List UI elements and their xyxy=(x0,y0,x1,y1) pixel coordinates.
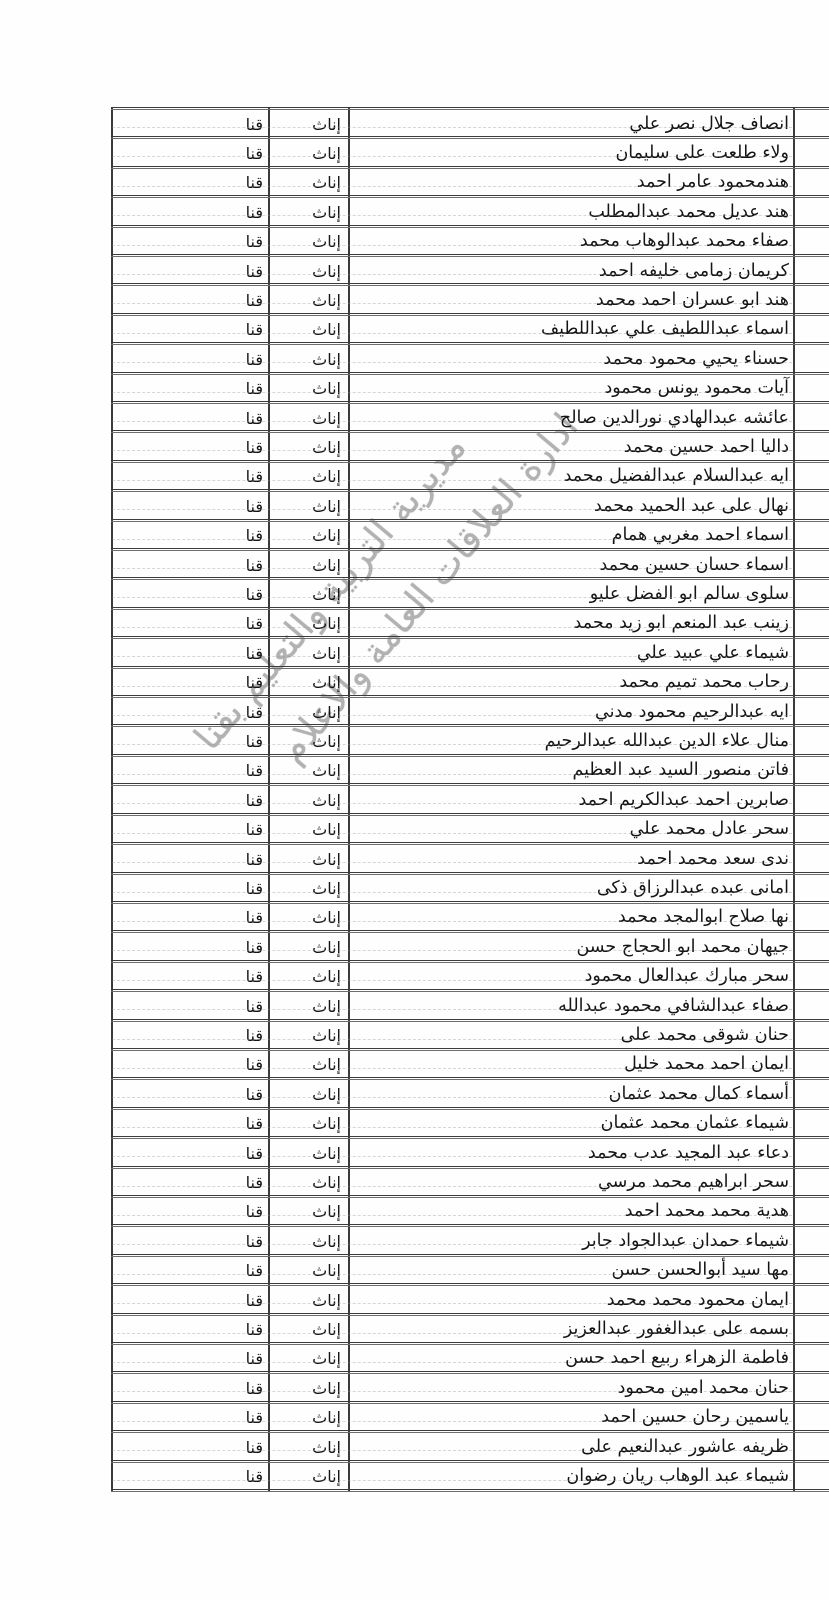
table-row: صابرين احمد عبدالكريم احمدإناثقنا xyxy=(111,786,793,815)
table-row: اسماء حسان حسين محمدإناثقنا xyxy=(111,551,793,580)
table-row: ايمان احمد محمد خليلإناثقنا xyxy=(111,1050,793,1079)
scan-artifact-line xyxy=(112,950,792,951)
scan-artifact-line xyxy=(112,333,792,334)
scan-artifact-line xyxy=(112,1274,792,1275)
name-cell: ايمان احمد محمد خليل xyxy=(348,1050,793,1079)
scan-artifact-line xyxy=(112,1421,792,1422)
name-cell: عائشه عبدالهادي نورالدين صالح xyxy=(348,404,793,433)
name-cell: سحر عادل محمد علي xyxy=(348,815,793,844)
region-cell: قنا xyxy=(111,698,268,727)
table-row: انصاف جلال نصر عليإناثقنا xyxy=(111,110,793,139)
scan-artifact-line xyxy=(112,186,792,187)
table-row: داليا احمد حسين محمدإناثقنا xyxy=(111,433,793,462)
gender-cell: إناث xyxy=(268,1021,348,1050)
region-cell: قنا xyxy=(111,257,268,286)
gender-cell: إناث xyxy=(268,609,348,638)
table-row: سحر مبارك عبدالعال محمودإناثقنا xyxy=(111,962,793,991)
scan-artifact-line xyxy=(112,686,792,687)
scan-artifact-line xyxy=(112,480,792,481)
gender-cell: إناث xyxy=(268,815,348,844)
gender-cell: إناث xyxy=(268,462,348,491)
region-cell: قنا xyxy=(111,227,268,256)
region-cell: قنا xyxy=(111,551,268,580)
name-cell: صفاء عبدالشافي محمود عبدالله xyxy=(348,992,793,1021)
name-cell: فاطمة الزهراء ربيع احمد حسن xyxy=(348,1344,793,1373)
scan-artifact-line xyxy=(112,1215,792,1216)
table-row: فاطمة الزهراء ربيع احمد حسنإناثقنا xyxy=(111,1344,793,1373)
region-cell: قنا xyxy=(111,139,268,168)
region-cell: قنا xyxy=(111,1080,268,1109)
scan-artifact-line xyxy=(112,362,792,363)
name-cell: شيماء علي عبيد علي xyxy=(348,639,793,668)
gender-cell: إناث xyxy=(268,962,348,991)
gender-cell: إناث xyxy=(268,1256,348,1285)
scan-artifact-line xyxy=(112,774,792,775)
scan-artifact-line xyxy=(112,921,792,922)
gender-cell: إناث xyxy=(268,933,348,962)
name-cell: امانى عبده عبدالرزاق ذكى xyxy=(348,874,793,903)
table-row: زينب عبد المنعم ابو زيد محمدإناثقنا xyxy=(111,609,793,638)
name-cell: سحر مبارك عبدالعال محمود xyxy=(348,962,793,991)
gender-cell: إناث xyxy=(268,1197,348,1226)
gender-cell: إناث xyxy=(268,433,348,462)
name-cell: هدية محمد محمد احمد xyxy=(348,1197,793,1226)
table-row: ندى سعد محمد احمدإناثقنا xyxy=(111,845,793,874)
region-cell: قنا xyxy=(111,492,268,521)
region-cell: قنا xyxy=(111,639,268,668)
region-cell: قنا xyxy=(111,286,268,315)
scan-artifact-line xyxy=(112,656,792,657)
region-cell: قنا xyxy=(111,668,268,697)
gender-cell: إناث xyxy=(268,168,348,197)
name-cell: شيماء حمدان عبدالجواد جابر xyxy=(348,1227,793,1256)
gender-cell: إناث xyxy=(268,580,348,609)
gender-cell: إناث xyxy=(268,404,348,433)
name-cell: دعاء عبد المجيد عدب محمد xyxy=(348,1139,793,1168)
name-cell: هندمحمود عامر احمد xyxy=(348,168,793,197)
gender-cell: إناث xyxy=(268,492,348,521)
gender-cell: إناث xyxy=(268,903,348,932)
scan-artifact-line xyxy=(112,744,792,745)
table-row: جيهان محمد ابو الحجاج حسنإناثقنا xyxy=(111,933,793,962)
table-row: شيماء عثمان محمد عثمانإناثقنا xyxy=(111,1109,793,1138)
region-cell: قنا xyxy=(111,168,268,197)
region-cell: قنا xyxy=(111,374,268,403)
scan-artifact-line xyxy=(112,450,792,451)
name-cell: كريمان زمامى خليفه احمد xyxy=(348,257,793,286)
gender-cell: إناث xyxy=(268,1109,348,1138)
scan-artifact-line xyxy=(112,1480,792,1481)
region-cell: قنا xyxy=(111,903,268,932)
name-cell: شيماء عبد الوهاب ريان رضوان xyxy=(348,1462,793,1491)
name-cell: نها صلاح ابوالمجد محمد xyxy=(348,903,793,932)
table-row: ياسمين رحان حسين احمدإناثقنا xyxy=(111,1403,793,1432)
gender-cell: إناث xyxy=(268,1168,348,1197)
gender-cell: إناث xyxy=(268,727,348,756)
name-cell: حنان شوقى محمد على xyxy=(348,1021,793,1050)
gender-cell: إناث xyxy=(268,286,348,315)
name-cell: منال علاء الدين عبدالله عبدالرحيم xyxy=(348,727,793,756)
name-cell: ولاء طلعت على سليمان xyxy=(348,139,793,168)
table-row: دعاء عبد المجيد عدب محمدإناثقنا xyxy=(111,1139,793,1168)
region-cell: قنا xyxy=(111,1403,268,1432)
name-cell: صابرين احمد عبدالكريم احمد xyxy=(348,786,793,815)
region-cell: قنا xyxy=(111,1021,268,1050)
name-cell: آيات محمود يونس محمود xyxy=(348,374,793,403)
table-row: ايه عبدالرحيم محمود مدنيإناثقنا xyxy=(111,698,793,727)
gender-cell: إناث xyxy=(268,551,348,580)
region-cell: قنا xyxy=(111,609,268,638)
table-row: امانى عبده عبدالرزاق ذكىإناثقنا xyxy=(111,874,793,903)
region-cell: قنا xyxy=(111,727,268,756)
region-cell: قنا xyxy=(111,815,268,844)
scan-artifact-line xyxy=(112,1009,792,1010)
name-cell: هند عديل محمد عبدالمطلب xyxy=(348,198,793,227)
name-cell: داليا احمد حسين محمد xyxy=(348,433,793,462)
table-row: سحر عادل محمد عليإناثقنا xyxy=(111,815,793,844)
scan-artifact-line xyxy=(112,892,792,893)
gender-cell: إناث xyxy=(268,668,348,697)
region-cell: قنا xyxy=(111,404,268,433)
region-cell: قنا xyxy=(111,756,268,785)
scan-artifact-line xyxy=(112,1362,792,1363)
scan-artifact-line xyxy=(112,1303,792,1304)
name-cell: انصاف جلال نصر علي xyxy=(348,110,793,139)
region-cell: قنا xyxy=(111,1227,268,1256)
name-cell: مها سيد أبوالحسن حسن xyxy=(348,1256,793,1285)
name-cell: رحاب محمد تميم محمد xyxy=(348,668,793,697)
region-cell: قنا xyxy=(111,110,268,139)
name-cell: اسماء حسان حسين محمد xyxy=(348,551,793,580)
region-cell: قنا xyxy=(111,345,268,374)
gender-cell: إناث xyxy=(268,1050,348,1079)
scan-artifact-line xyxy=(112,1127,792,1128)
gender-cell: إناث xyxy=(268,845,348,874)
roster-table: انصاف جلال نصر عليإناثقناولاء طلعت على س… xyxy=(0,0,829,1600)
scan-artifact-line xyxy=(112,509,792,510)
name-cell: شيماء عثمان محمد عثمان xyxy=(348,1109,793,1138)
gender-cell: إناث xyxy=(268,992,348,1021)
table-row: هندمحمود عامر احمدإناثقنا xyxy=(111,168,793,197)
region-cell: قنا xyxy=(111,198,268,227)
table-row: كريمان زمامى خليفه احمدإناثقنا xyxy=(111,257,793,286)
table-row: بسمه على عبدالغفور عبدالعزيزإناثقنا xyxy=(111,1315,793,1344)
table-row: شيماء علي عبيد عليإناثقنا xyxy=(111,639,793,668)
region-cell: قنا xyxy=(111,1197,268,1226)
gender-cell: إناث xyxy=(268,257,348,286)
name-cell: ظريفه عاشور عبدالنعيم على xyxy=(348,1433,793,1462)
table-row: ولاء طلعت على سليمانإناثقنا xyxy=(111,139,793,168)
region-cell: قنا xyxy=(111,1050,268,1079)
gender-cell: إناث xyxy=(268,874,348,903)
region-cell: قنا xyxy=(111,786,268,815)
name-cell: حنان محمد امين محمود xyxy=(348,1374,793,1403)
table-row: نهال على عبد الحميد محمدإناثقنا xyxy=(111,492,793,521)
scan-artifact-line xyxy=(112,1244,792,1245)
region-cell: قنا xyxy=(111,315,268,344)
scan-artifact-line xyxy=(112,539,792,540)
scan-artifact-line xyxy=(112,1039,792,1040)
name-cell: حسناء يحيي محمود محمد xyxy=(348,345,793,374)
table-row: حنان محمد امين محمودإناثقنا xyxy=(111,1374,793,1403)
region-cell: قنا xyxy=(111,1462,268,1491)
name-cell: سلوى سالم ابو الفضل عليو xyxy=(348,580,793,609)
table-row: مها سيد أبوالحسن حسنإناثقنا xyxy=(111,1256,793,1285)
name-cell: فاتن منصور السيد عبد العظيم xyxy=(348,756,793,785)
table-row: هند ابو عسران احمد محمدإناثقنا xyxy=(111,286,793,315)
scan-artifact-line xyxy=(112,421,792,422)
gender-cell: إناث xyxy=(268,1227,348,1256)
scan-artifact-line xyxy=(112,215,792,216)
region-cell: قنا xyxy=(111,1139,268,1168)
scan-artifact-line xyxy=(112,715,792,716)
gender-cell: إناث xyxy=(268,1433,348,1462)
gender-cell: إناث xyxy=(268,1344,348,1373)
scan-artifact-line xyxy=(112,627,792,628)
gender-cell: إناث xyxy=(268,1139,348,1168)
scan-artifact-line xyxy=(112,303,792,304)
region-cell: قنا xyxy=(111,933,268,962)
region-cell: قنا xyxy=(111,433,268,462)
table-row: شيماء عبد الوهاب ريان رضوانإناثقنا xyxy=(111,1462,793,1491)
name-cell: ايمان محمود محمد محمد xyxy=(348,1286,793,1315)
scan-artifact-line xyxy=(112,980,792,981)
name-cell: صفاء محمد عبدالوهاب محمد xyxy=(348,227,793,256)
region-cell: قنا xyxy=(111,1344,268,1373)
gender-cell: إناث xyxy=(268,198,348,227)
scan-artifact-line xyxy=(112,392,792,393)
gender-cell: إناث xyxy=(268,756,348,785)
region-cell: قنا xyxy=(111,962,268,991)
table-row: آيات محمود يونس محمودإناثقنا xyxy=(111,374,793,403)
gender-cell: إناث xyxy=(268,315,348,344)
scan-artifact-line xyxy=(112,1450,792,1451)
table-row: ظريفه عاشور عبدالنعيم علىإناثقنا xyxy=(111,1433,793,1462)
name-cell: ندى سعد محمد احمد xyxy=(348,845,793,874)
scan-artifact-line xyxy=(112,1156,792,1157)
gender-cell: إناث xyxy=(268,1462,348,1491)
region-cell: قنا xyxy=(111,1374,268,1403)
gender-cell: إناث xyxy=(268,374,348,403)
table-row: ايمان محمود محمد محمدإناثقنا xyxy=(111,1286,793,1315)
region-cell: قنا xyxy=(111,874,268,903)
table-row: اسماء احمد مغربي همامإناثقنا xyxy=(111,521,793,550)
table-row: نها صلاح ابوالمجد محمدإناثقنا xyxy=(111,903,793,932)
gender-cell: إناث xyxy=(268,139,348,168)
table-row: هدية محمد محمد احمدإناثقنا xyxy=(111,1197,793,1226)
region-cell: قنا xyxy=(111,1109,268,1138)
scan-artifact-line xyxy=(112,1391,792,1392)
scan-artifact-line xyxy=(112,1333,792,1334)
name-cell: جيهان محمد ابو الحجاج حسن xyxy=(348,933,793,962)
name-cell: ايه عبدالرحيم محمود مدني xyxy=(348,698,793,727)
name-cell: أسماء كمال محمد عثمان xyxy=(348,1080,793,1109)
region-cell: قنا xyxy=(111,845,268,874)
table-row: صفاء عبدالشافي محمود عبداللهإناثقنا xyxy=(111,992,793,1021)
gender-cell: إناث xyxy=(268,786,348,815)
scan-artifact-line xyxy=(112,1186,792,1187)
scan-artifact-line xyxy=(112,1068,792,1069)
gender-cell: إناث xyxy=(268,521,348,550)
gender-cell: إناث xyxy=(268,639,348,668)
table-row: ايه عبدالسلام عبدالفضيل محمدإناثقنا xyxy=(111,462,793,491)
table-row: رحاب محمد تميم محمدإناثقنا xyxy=(111,668,793,697)
name-cell: سحر ابراهيم محمد مرسي xyxy=(348,1168,793,1197)
scan-artifact-line xyxy=(112,1097,792,1098)
gender-cell: إناث xyxy=(268,345,348,374)
name-cell: بسمه على عبدالغفور عبدالعزيز xyxy=(348,1315,793,1344)
gender-cell: إناث xyxy=(268,227,348,256)
region-cell: قنا xyxy=(111,1286,268,1315)
table-row: شيماء حمدان عبدالجواد جابرإناثقنا xyxy=(111,1227,793,1256)
table-row: عائشه عبدالهادي نورالدين صالحإناثقنا xyxy=(111,404,793,433)
scan-artifact-line xyxy=(112,597,792,598)
region-cell: قنا xyxy=(111,521,268,550)
gender-cell: إناث xyxy=(268,1080,348,1109)
table-row: حسناء يحيي محمود محمدإناثقنا xyxy=(111,345,793,374)
gender-cell: إناث xyxy=(268,698,348,727)
scan-artifact-line xyxy=(112,274,792,275)
table-row: اسماء عبداللطيف علي عبداللطيفإناثقنا xyxy=(111,315,793,344)
region-cell: قنا xyxy=(111,992,268,1021)
name-cell: اسماء عبداللطيف علي عبداللطيف xyxy=(348,315,793,344)
scan-artifact-line xyxy=(112,156,792,157)
name-cell: زينب عبد المنعم ابو زيد محمد xyxy=(348,609,793,638)
region-cell: قنا xyxy=(111,462,268,491)
table-row: فاتن منصور السيد عبد العظيمإناثقنا xyxy=(111,756,793,785)
gender-cell: إناث xyxy=(268,110,348,139)
gender-cell: إناث xyxy=(268,1403,348,1432)
gender-cell: إناث xyxy=(268,1374,348,1403)
scanned-document-page: مديرية التربية والتعليم بقنا ادارة العلا… xyxy=(0,0,829,1600)
scan-artifact-line xyxy=(112,833,792,834)
name-cell: ايه عبدالسلام عبدالفضيل محمد xyxy=(348,462,793,491)
name-cell: هند ابو عسران احمد محمد xyxy=(348,286,793,315)
region-cell: قنا xyxy=(111,1168,268,1197)
name-cell: اسماء احمد مغربي همام xyxy=(348,521,793,550)
gender-cell: إناث xyxy=(268,1286,348,1315)
table-row: سلوى سالم ابو الفضل عليوإناثقنا xyxy=(111,580,793,609)
table-row: صفاء محمد عبدالوهاب محمدإناثقنا xyxy=(111,227,793,256)
scan-artifact-line xyxy=(112,568,792,569)
scan-artifact-line xyxy=(112,862,792,863)
region-cell: قنا xyxy=(111,580,268,609)
table-row: حنان شوقى محمد علىإناثقنا xyxy=(111,1021,793,1050)
name-cell: ياسمين رحان حسين احمد xyxy=(348,1403,793,1432)
gender-cell: إناث xyxy=(268,1315,348,1344)
scan-artifact-line xyxy=(112,245,792,246)
table-row: أسماء كمال محمد عثمانإناثقنا xyxy=(111,1080,793,1109)
table-row: هند عديل محمد عبدالمطلبإناثقنا xyxy=(111,198,793,227)
name-cell: نهال على عبد الحميد محمد xyxy=(348,492,793,521)
region-cell: قنا xyxy=(111,1433,268,1462)
region-cell: قنا xyxy=(111,1315,268,1344)
table-row: منال علاء الدين عبدالله عبدالرحيمإناثقنا xyxy=(111,727,793,756)
table-row: سحر ابراهيم محمد مرسيإناثقنا xyxy=(111,1168,793,1197)
scan-artifact-line xyxy=(112,127,792,128)
scan-artifact-line xyxy=(112,803,792,804)
region-cell: قنا xyxy=(111,1256,268,1285)
